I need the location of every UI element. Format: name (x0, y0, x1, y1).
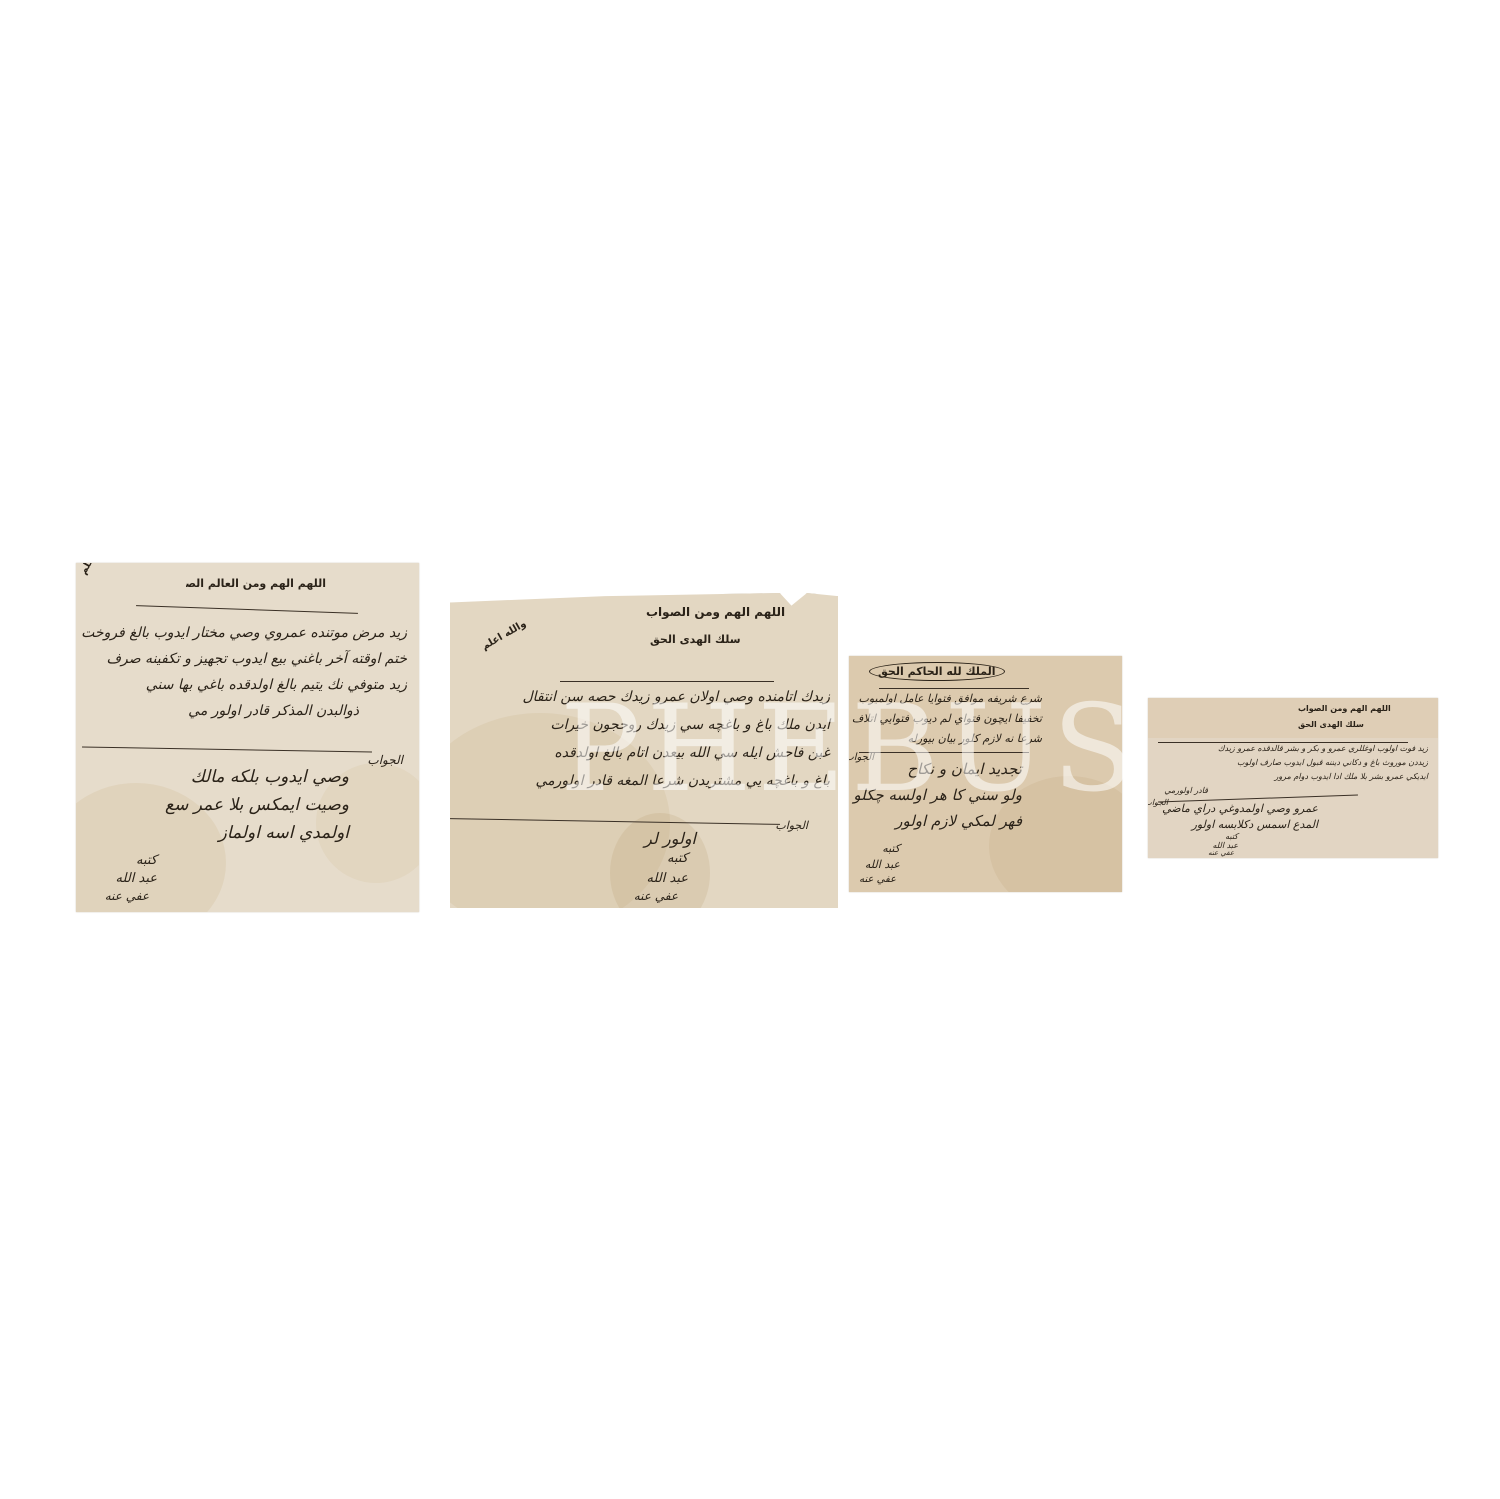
document-3: الملك لله الحاكم الحق شرع شريفه موافق فت… (849, 656, 1122, 892)
document-4: اللهم الهم ومن الصواب سلك الهدى الحق زيد… (1148, 698, 1438, 858)
question-line: ختم اوقته آخر باغني بيع ايدوب تجهيز و تك… (106, 651, 407, 667)
signature: كتبه (1225, 832, 1238, 841)
divider (82, 746, 372, 752)
signature: عبد الله (865, 858, 900, 871)
answer-line: فهر لمكي لازم اولور (895, 812, 1022, 830)
question-line: شرع شريفه موافق فتوايا عامل اولميوب (858, 692, 1042, 705)
question-line: ذوالبدن المذكر قادر اولور مي (188, 703, 359, 719)
signature: عبد الله (116, 871, 157, 886)
marginal-note: الجواب كماعلم (78, 563, 124, 577)
document-2: اللهم الهم ومن الصواب سلك الهدى الحق وال… (450, 593, 838, 908)
signature: عفي عنه (1208, 849, 1234, 857)
answer-line: وصيت ايمكس بلا عمر سع (165, 795, 349, 815)
divider (560, 681, 774, 682)
signature: كتبه (136, 853, 157, 868)
header-seal: الملك لله الحاكم الحق (869, 662, 1005, 681)
question-line: باغ و باغچه يي مشتريدن شرعا المغه قادر ا… (535, 773, 830, 789)
answer-label: الجواب (367, 753, 403, 767)
answer-line: اولور لر (644, 829, 696, 848)
question-line: زيد مرض موتنده عمروي وصي مختار ايدوب بال… (81, 625, 407, 641)
question-line: شرعا نه لازم كلور بيان بيورله (908, 732, 1042, 745)
signature: عفي عنه (105, 889, 149, 903)
divider (136, 605, 358, 614)
divider (859, 752, 1029, 753)
header-seal: اللهم الهم ومن العالم الصواب (186, 577, 326, 590)
signature: عفي عنه (634, 889, 678, 903)
question-line: ايديكي عمرو بشر بلا ملك ادا ايدوب دوام م… (1274, 772, 1428, 781)
question-line: تخفيفا ايچون فتواي لم ديوب فتوايي اتلاف (852, 712, 1042, 725)
water-stain (450, 713, 670, 908)
question-line: زيددن موروث باغ و دكاني ديننه قبول ايدوب… (1237, 758, 1428, 767)
header-line-2: سلك الهدى الحق (650, 633, 741, 646)
divider (879, 688, 1029, 689)
question-line: زيدك اتامنده وصي اولان عمرو زيدك حصه سن … (522, 689, 830, 705)
answer-line: تجديد ايمان و نكاح (907, 760, 1022, 778)
signature: عبد الله (647, 871, 688, 886)
question-line: زيد متوفي نك يتيم بالغ اولدقده باغي بها … (146, 677, 407, 693)
question-line: زيد فوت اولوب اوغللري عمرو و بكر و بشر ق… (1218, 744, 1428, 753)
header-line-2: سلك الهدى الحق (1298, 720, 1364, 729)
signature: عفي عنه (859, 874, 896, 885)
signature: كتبه (882, 842, 900, 855)
marginal-note: والله اعلم (480, 618, 528, 652)
answer-label: الجواب (775, 819, 808, 832)
water-stain (1148, 698, 1438, 738)
divider (1158, 742, 1408, 743)
divider (450, 818, 780, 825)
answer-label: الجواب (849, 752, 874, 763)
question-line: ايدن ملك باغ و باغچه سي زيدك روحجون خيرا… (550, 717, 830, 733)
answer-line: اولمدي اسه اولماز (219, 823, 349, 843)
answer-line: ولو سني كا هر اولسه چكلو (853, 786, 1022, 804)
answer-line: المدع اسمس دكلابسه اولور (1192, 818, 1318, 831)
header-seal: اللهم الهم ومن الصواب (1298, 704, 1391, 713)
header-seal: اللهم الهم ومن الصواب (646, 605, 785, 619)
question-line: غبن فاحش ايله سي الله بيعدن اتام بالغ او… (554, 745, 830, 761)
question-line: قادر اولورمي (1164, 786, 1208, 795)
document-1: اللهم الهم ومن العالم الصواب الجواب كماع… (76, 563, 419, 912)
answer-line: وصي ايدوب بلكه مالك (191, 767, 349, 787)
signature: كتبه (667, 851, 688, 866)
answer-line: عمرو وصي اولمدوغي دراي ماضي (1162, 802, 1318, 815)
